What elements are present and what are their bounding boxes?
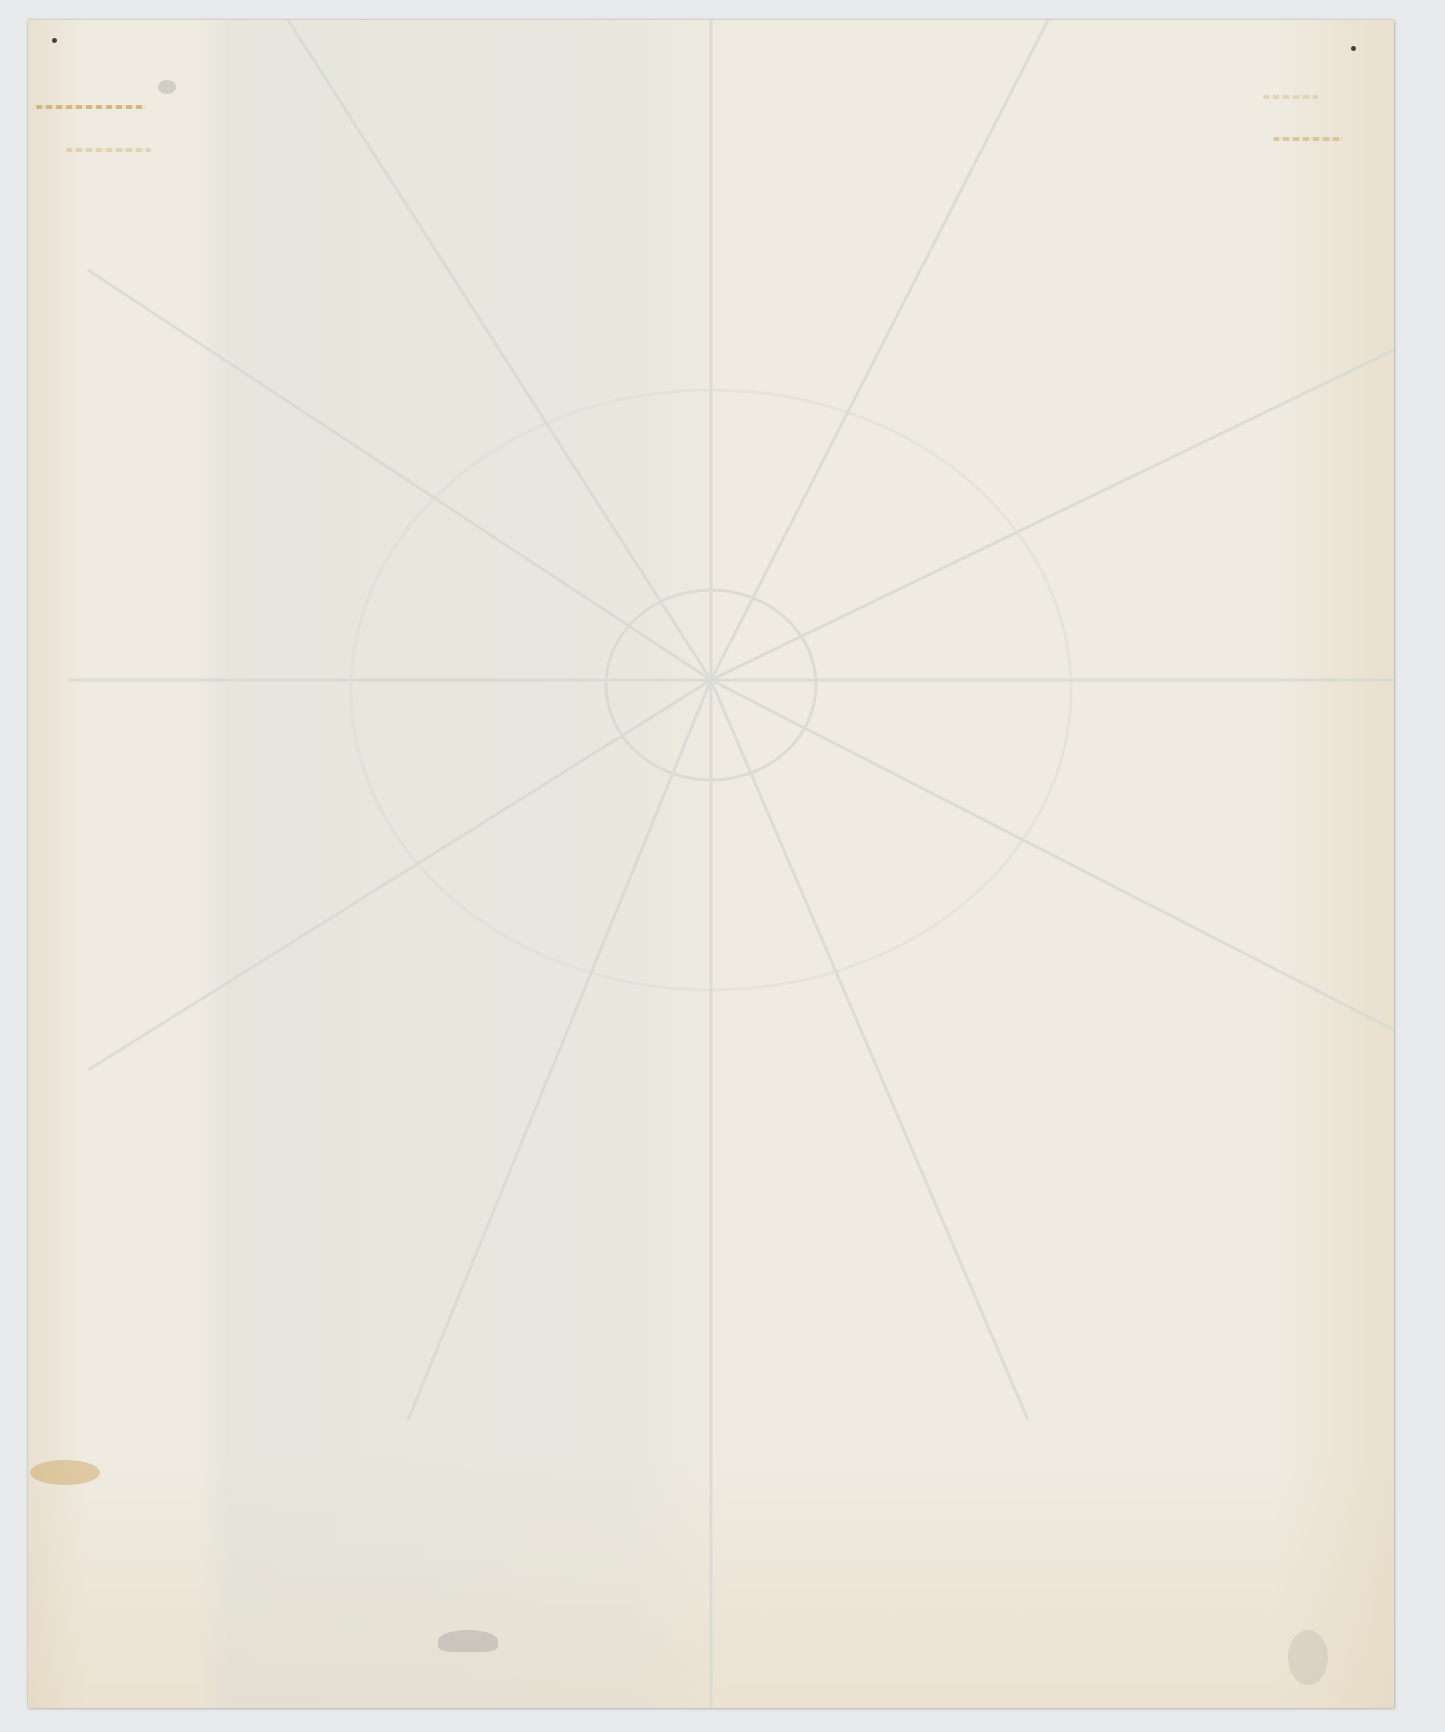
pin-hole-top-left (52, 38, 57, 43)
gray-smudge (158, 80, 176, 94)
stain-mark (36, 105, 146, 109)
gray-smudge (1288, 1630, 1328, 1685)
faint-radial-drawing (28, 20, 1394, 1708)
stain-mark (1273, 137, 1343, 141)
yellow-stain (30, 1460, 100, 1485)
paper-sheet (28, 20, 1394, 1708)
pin-hole-top-right (1351, 46, 1356, 51)
stain-mark (1263, 95, 1318, 99)
stain-mark (66, 148, 151, 152)
gray-smudge (438, 1630, 498, 1652)
